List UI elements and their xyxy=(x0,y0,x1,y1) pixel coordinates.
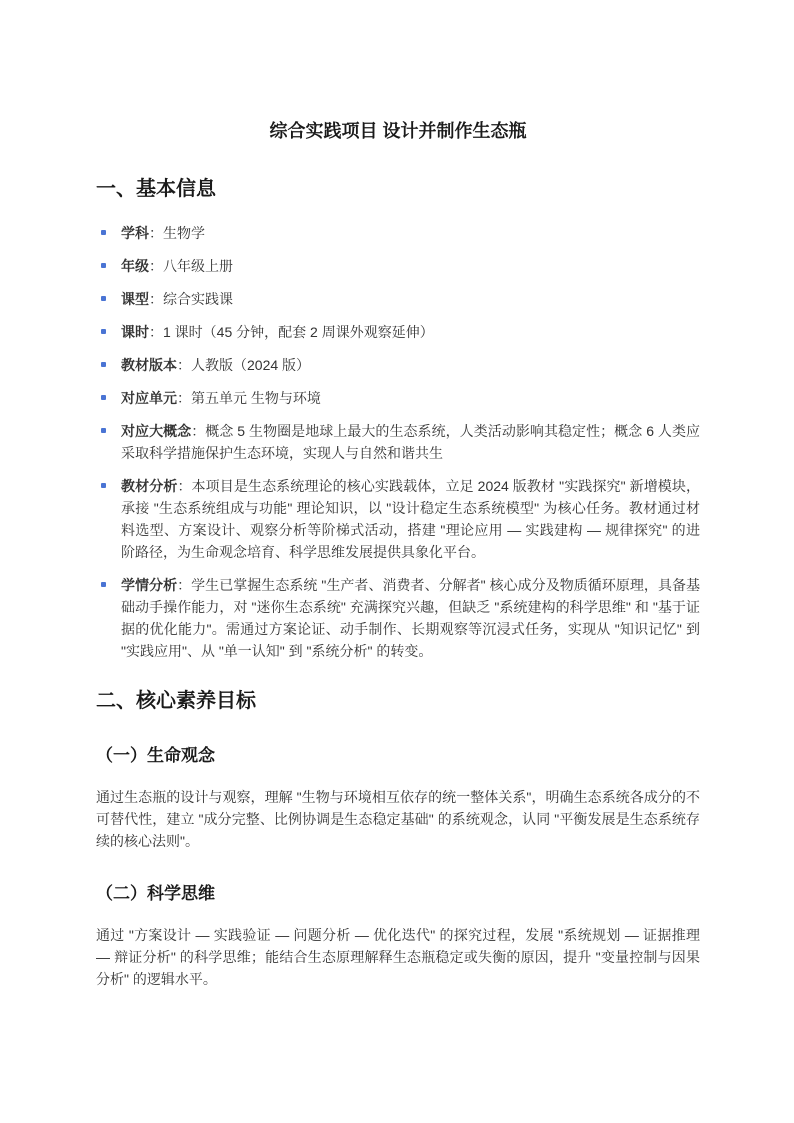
item-value: 八年级上册 xyxy=(163,258,233,274)
item-separator: ： xyxy=(177,390,191,406)
item-separator: ： xyxy=(149,225,163,241)
item-separator: ： xyxy=(149,324,163,340)
list-item-class-hours: 课时：1 课时（45 分钟，配套 2 周课外观察延伸） xyxy=(96,321,700,343)
item-label: 课型 xyxy=(121,291,149,307)
paragraph-life-concept: 通过生态瓶的设计与观察，理解 "生物与环境相互依存的统一整体关系"，明确生态系统… xyxy=(96,786,700,852)
section-heading-basic-info: 一、基本信息 xyxy=(96,176,700,202)
subsection-heading-scientific-thinking: （二）科学思维 xyxy=(96,882,700,906)
paragraph-scientific-thinking: 通过 "方案设计 — 实践验证 — 问题分析 — 优化迭代" 的探究过程，发展 … xyxy=(96,924,700,990)
bullet-icon xyxy=(101,582,106,587)
bullet-icon xyxy=(101,483,106,488)
item-label: 对应单元 xyxy=(121,390,177,406)
list-item-unit: 对应单元：第五单元 生物与环境 xyxy=(96,387,700,409)
item-separator: ： xyxy=(177,357,191,373)
item-separator: ： xyxy=(149,291,163,307)
item-label: 课时 xyxy=(121,324,149,340)
list-item-textbook-version: 教材版本：人教版（2024 版） xyxy=(96,354,700,376)
item-separator: ： xyxy=(177,478,191,494)
section-heading-core-literacy: 二、核心素养目标 xyxy=(96,688,700,714)
item-value: 第五单元 生物与环境 xyxy=(191,390,321,406)
basic-info-list: 学科：生物学 年级：八年级上册 课型：综合实践课 课时：1 课时（45 分钟，配… xyxy=(96,222,700,662)
item-value: 1 课时（45 分钟，配套 2 周课外观察延伸） xyxy=(163,324,434,340)
bullet-icon xyxy=(101,329,106,334)
list-item-course-type: 课型：综合实践课 xyxy=(96,288,700,310)
item-value: 概念 5 生物圈是地球上最大的生态系统，人类活动影响其稳定性；概念 6 人类应采… xyxy=(121,423,700,461)
list-item-big-concepts: 对应大概念：概念 5 生物圈是地球上最大的生态系统，人类活动影响其稳定性；概念 … xyxy=(96,420,700,464)
bullet-icon xyxy=(101,296,106,301)
list-item-textbook-analysis: 教材分析：本项目是生态系统理论的核心实践载体，立足 2024 版教材 "实践探究… xyxy=(96,475,700,563)
item-label: 学情分析 xyxy=(121,577,177,593)
item-value: 生物学 xyxy=(163,225,205,241)
item-value: 学生已掌握生态系统 "生产者、消费者、分解者" 核心成分及物质循环原理，具备基础… xyxy=(121,577,700,659)
subsection-heading-life-concept: （一）生命观念 xyxy=(96,744,700,768)
item-separator: ： xyxy=(177,577,191,593)
bullet-icon xyxy=(101,428,106,433)
bullet-icon xyxy=(101,395,106,400)
item-value: 人教版（2024 版） xyxy=(191,357,310,373)
item-value: 本项目是生态系统理论的核心实践载体，立足 2024 版教材 "实践探究" 新增模… xyxy=(121,478,700,560)
bullet-icon xyxy=(101,263,106,268)
item-label: 教材版本 xyxy=(121,357,177,373)
list-item-learner-analysis: 学情分析：学生已掌握生态系统 "生产者、消费者、分解者" 核心成分及物质循环原理… xyxy=(96,574,700,662)
list-item-subject: 学科：生物学 xyxy=(96,222,700,244)
bullet-icon xyxy=(101,230,106,235)
item-label: 年级 xyxy=(121,258,149,274)
item-label: 学科 xyxy=(121,225,149,241)
item-value: 综合实践课 xyxy=(163,291,233,307)
item-label: 对应大概念 xyxy=(121,423,191,439)
item-separator: ： xyxy=(149,258,163,274)
list-item-grade: 年级：八年级上册 xyxy=(96,255,700,277)
bullet-icon xyxy=(101,362,106,367)
item-separator: ： xyxy=(191,423,205,439)
document-page: 综合实践项目 设计并制作生态瓶 一、基本信息 学科：生物学 年级：八年级上册 课… xyxy=(0,0,794,1123)
document-title: 综合实践项目 设计并制作生态瓶 xyxy=(96,118,700,144)
item-label: 教材分析 xyxy=(121,478,177,494)
